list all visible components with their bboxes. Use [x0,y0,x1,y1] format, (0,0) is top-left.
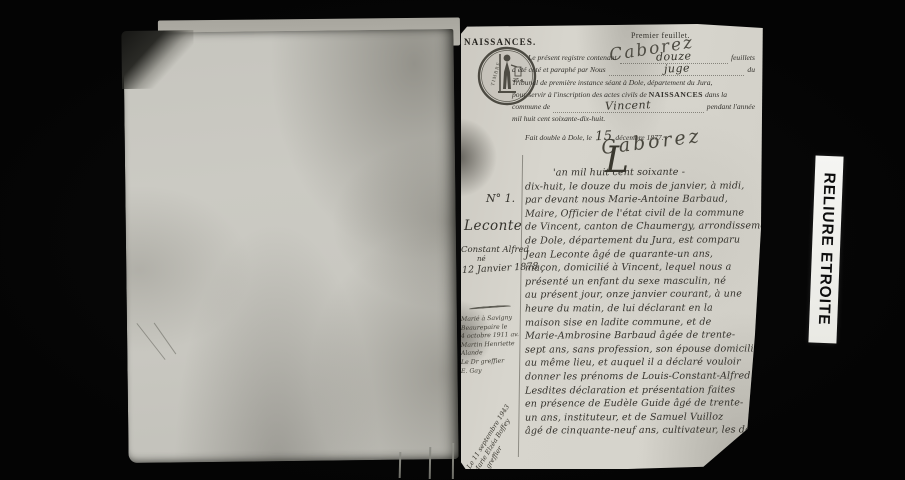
margin-divider-flourish [469,305,511,311]
handwritten-commune: Vincent [605,98,651,113]
printed-preamble: Le présent registre contenant douze feui… [512,52,755,144]
preamble-text: commune de [512,101,550,113]
act-handwritten-text: 'an mil huit cent soixante -dix-huit, le… [525,154,763,438]
act-text-line: Lesdites déclaration et présentation fai… [525,383,763,398]
act-text-line: en présence de Eudèle Guide âgé de trent… [525,396,763,411]
binding-thread [399,452,402,478]
act-text-line: âgé de cinquante-neuf ans, cultivateur, … [525,424,763,439]
act-text-line: 'an mil huit cent soixante - [525,165,763,180]
act-text-line: donner les prénoms de Louis-Constant-Alf… [525,369,763,384]
preamble-text: dans la [705,89,727,101]
act-number: N° 1. [486,192,515,205]
binding-label: RELIURE ETROITE [808,156,843,344]
act-text-line: au même lieu, et auquel il a déclaré vou… [525,356,763,371]
diagonal-marginal-note: Le 11 septembre 1943Marie Elzéa BoffeyLe… [465,403,525,479]
naissances-emphasis: NAISSANCES [649,89,703,101]
binding-thread [429,447,432,479]
handwritten-title: juge [663,62,689,76]
preamble-text: Fait double à Dole, le [525,132,592,144]
marriage-marginal-note: Marié à SavignyBeaurepaire le4 octobre 1… [461,315,521,375]
microfilm-scan: NAISSANCES. Premier feuillet. Caborez 25… [0,0,905,480]
binding-label-text: RELIURE ETROITE [814,173,838,327]
margin-given-names: Constant Alfred [461,245,529,255]
preamble-text: pendant l'année [707,101,755,113]
register-first-sheet: NAISSANCES. Premier feuillet. Caborez 25… [461,24,764,469]
act-text-line: au présent jour, onze janvier courant, à… [525,288,763,303]
preamble-text: mil huit cent soixante-dix-huit. [512,113,605,125]
act-text-line: de Dole, département du Jura, est compar… [525,233,763,248]
act-text-line: maçon, domicilié à Vincent, lequel nous … [525,261,763,276]
act-text-line: Marie-Ambrosine Barbaud âgée de trente- [525,329,763,344]
act-text-line: par devant nous Marie-Antoine Barbaud, [525,193,763,208]
preamble-text: Tribunal de première instance séant à Do… [512,77,712,89]
preamble-text: a été coté et paraphé par Nous [512,64,606,76]
left-blank-page [123,29,458,463]
act-text-line: maison sise en ladite commune, et de [525,315,763,330]
act-text-line: de Vincent, canton de Chaumergy, arrondi… [525,220,763,235]
preamble-text: Le présent registre contenant [528,52,617,64]
preamble-text: feuillets [731,52,755,64]
act-text-line: Jean Leconte âgé de quarante-un ans, [525,247,763,262]
preamble-text: du [747,64,755,76]
margin-born-label: né [477,255,486,263]
marginal-note-line: E. Gay [461,366,521,377]
birth-act-body: L 'an mil huit cent soixante -dix-huit, … [525,154,763,438]
binding-thread [452,443,454,479]
page-corner-curl [121,30,194,89]
act-text-line: heure du matin, de lui déclarant en la [525,301,763,316]
margin-surname: Leconte [464,218,522,234]
